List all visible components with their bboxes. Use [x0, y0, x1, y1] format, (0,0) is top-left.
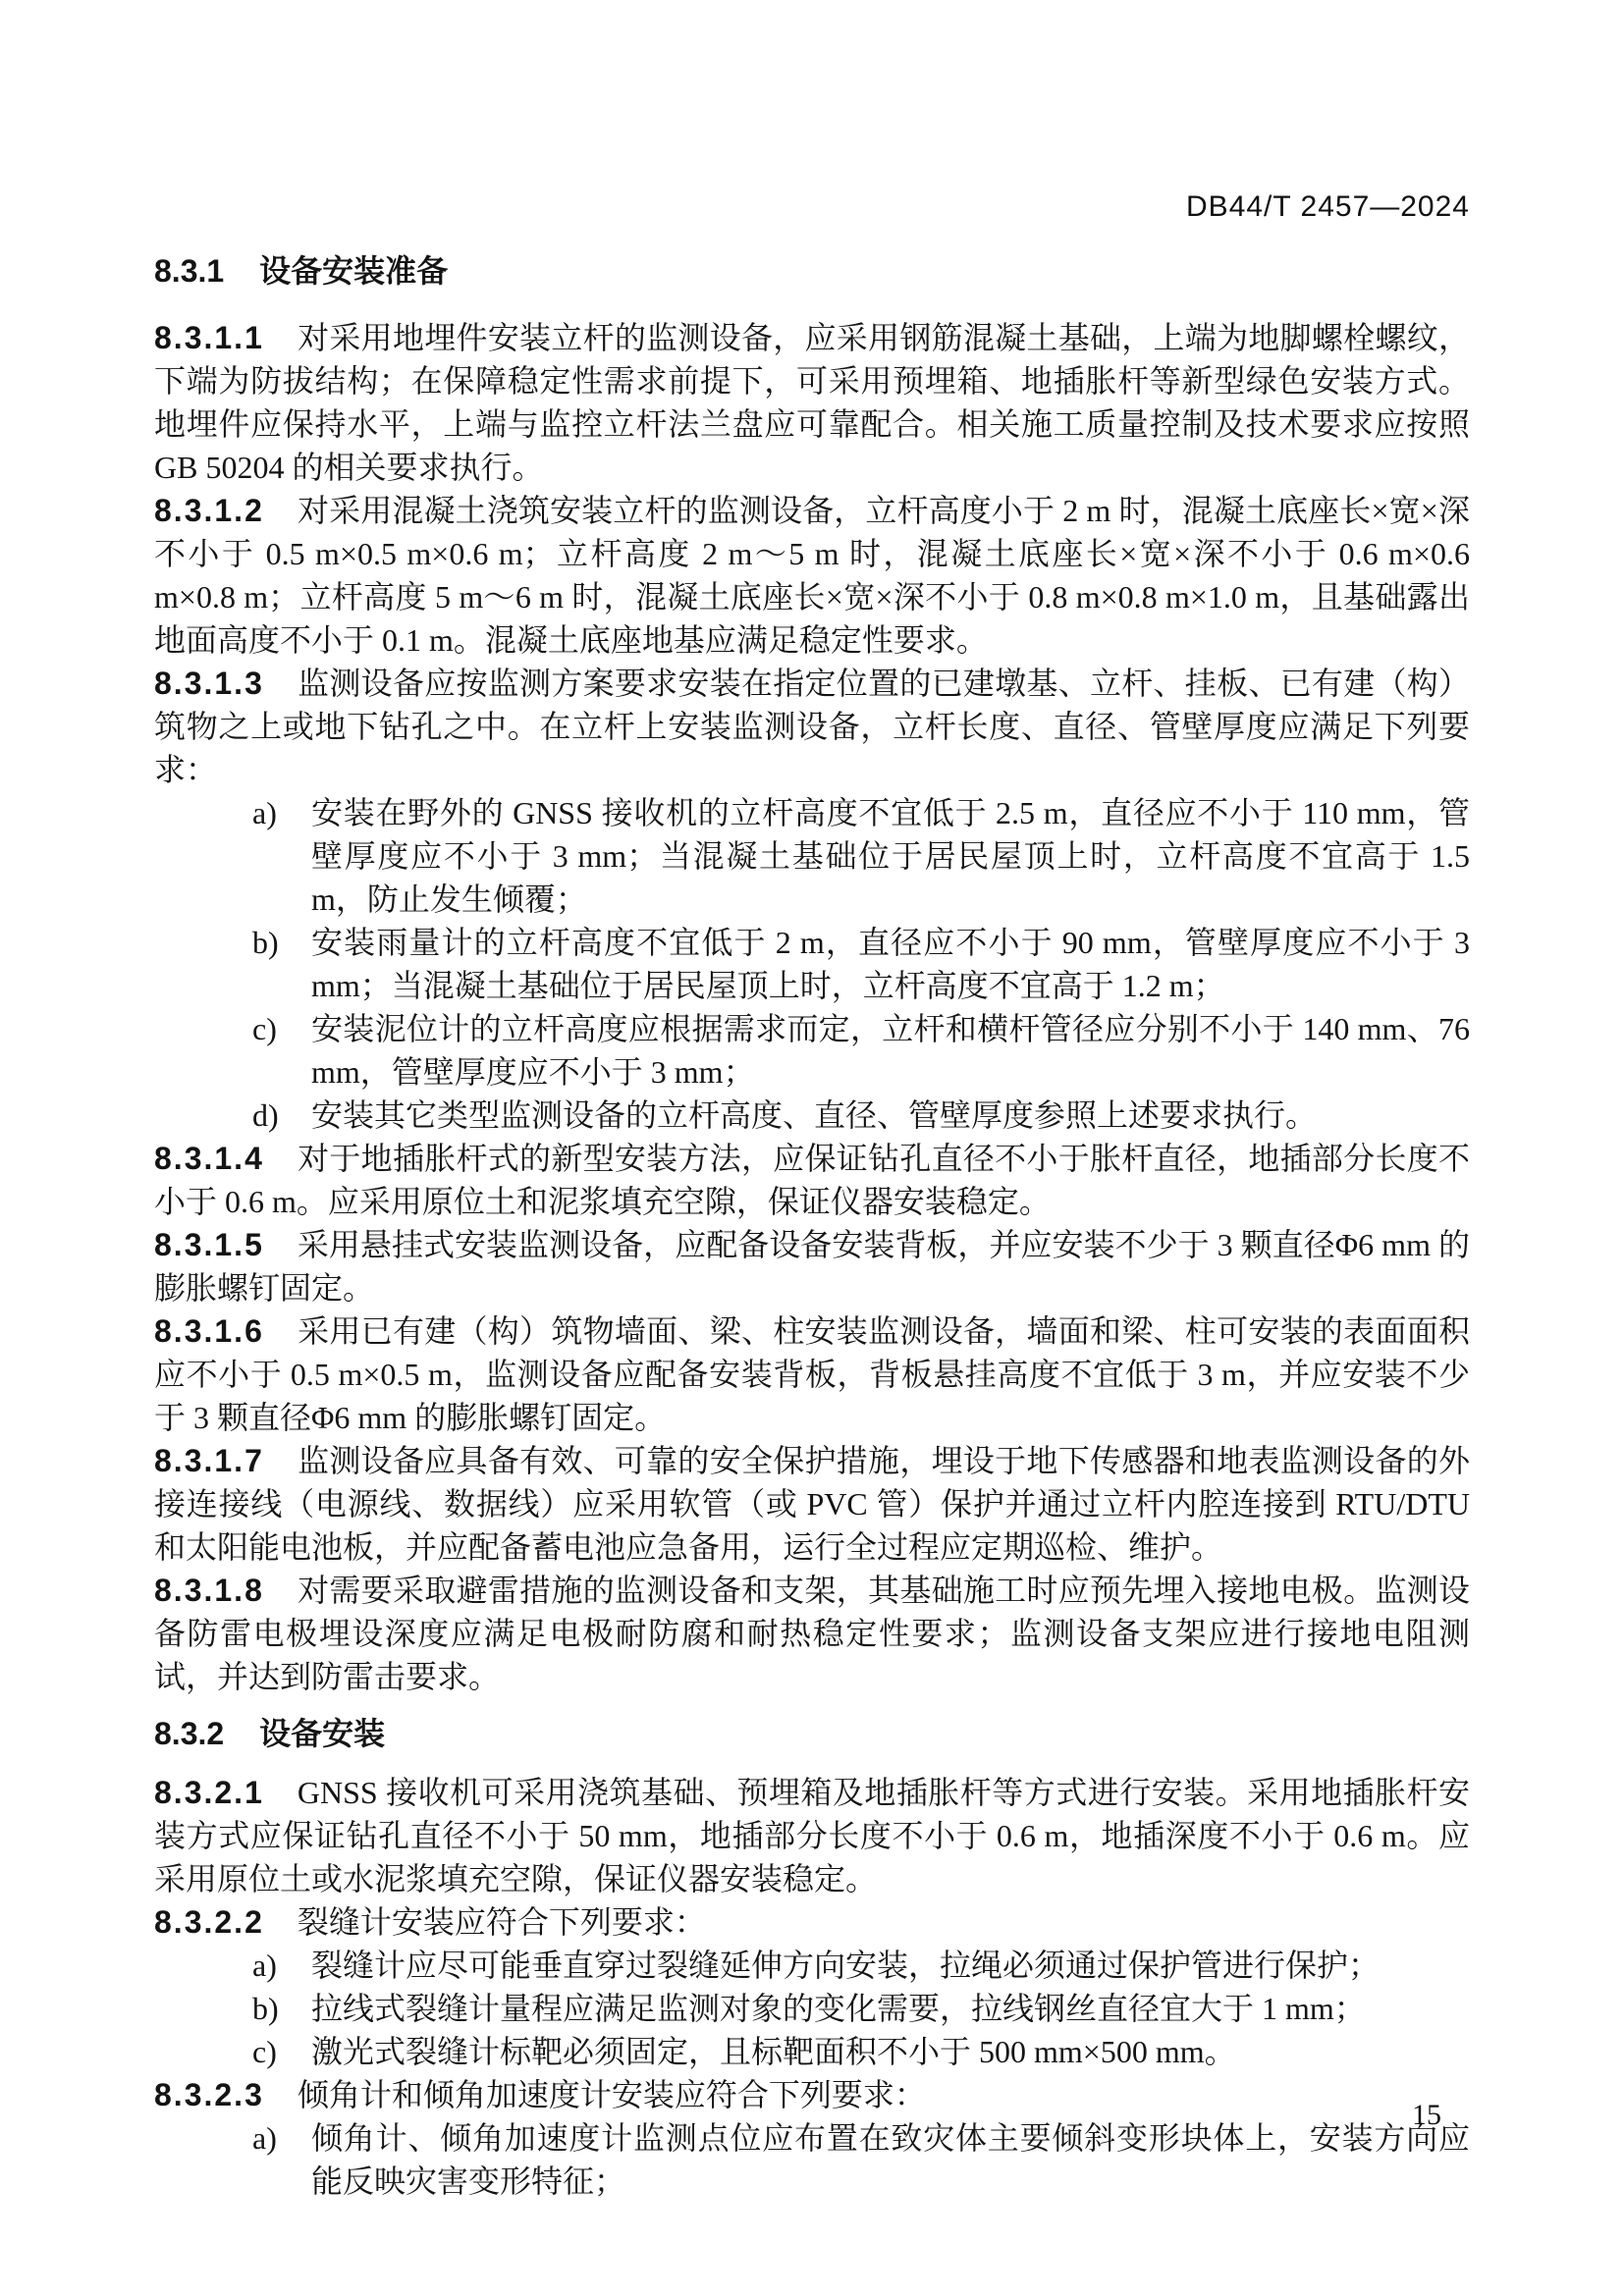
clause-number: 8.3.1.7 [154, 1443, 264, 1478]
list-item: c)安装泥位计的立杆高度应根据需求而定，立杆和横杆管径应分别不小于 140 mm… [154, 1007, 1470, 1094]
clause-paragraph: 8.3.2.2裂缝计安装应符合下列要求： [154, 1900, 1470, 1944]
clause-paragraph: 8.3.1.5采用悬挂式安装监测设备，应配备设备安装背板，并应安装不少于 3 颗… [154, 1223, 1470, 1309]
list-item-text: 拉线式裂缝计量程应满足监测对象的变化需要，拉线钢丝直径宜大于 1 mm； [311, 1991, 1366, 2026]
clause-paragraph: 8.3.1.7监测设备应具备有效、可靠的安全保护措施，埋设于地下传感器和地表监测… [154, 1439, 1470, 1569]
clause-text: 倾角计和倾角加速度计安装应符合下列要求： [298, 2077, 926, 2112]
list-item: a)安装在野外的 GNSS 接收机的立杆高度不宜低于 2.5 m，直径应不小于 … [154, 791, 1470, 921]
section-heading: 8.3.2设备安装 [154, 1712, 1470, 1755]
clause-number: 8.3.2.1 [154, 1775, 264, 1810]
list-item-text: 裂缝计应尽可能垂直穿过裂缝延伸方向安装，拉绳必须通过保护管进行保护； [311, 1948, 1380, 1983]
doc-number: DB44/T 2457—2024 [1186, 190, 1470, 224]
list-marker: a) [252, 1944, 277, 1987]
clause-text: 对需要采取避雷措施的监测设备和支架，其基础施工时应预先埋入接地电极。监测设备防雷… [154, 1573, 1470, 1694]
clause-number: 8.3.1.1 [154, 320, 264, 355]
page-number: 15 [1412, 2099, 1441, 2132]
list-item: b)安装雨量计的立杆高度不宜低于 2 m，直径应不小于 90 mm，管壁厚度应不… [154, 921, 1470, 1007]
list-item: a)倾角计、倾角加速度计监测点位应布置在致灾体主要倾斜变形块体上，安装方向应能反… [154, 2116, 1470, 2203]
document-page: DB44/T 2457—2024 8.3.1设备安装准备 8.3.1.1对采用地… [0, 0, 1624, 2296]
list-item: d)安装其它类型监测设备的立杆高度、直径、管壁厚度参照上述要求执行。 [154, 1094, 1470, 1137]
clause-text: 对于地插胀杆式的新型安装方法，应保证钻孔直径不小于胀杆直径，地插部分长度不小于 … [154, 1141, 1470, 1219]
list-marker: c) [252, 2030, 277, 2073]
list-marker: b) [252, 1987, 279, 2030]
list-item-text: 安装在野外的 GNSS 接收机的立杆高度不宜低于 2.5 m，直径应不小于 11… [311, 795, 1470, 917]
document-body: 8.3.1设备安装准备 8.3.1.1对采用地埋件安装立杆的监测设备，应采用钢筋… [154, 243, 1470, 2203]
clause-paragraph: 8.3.1.6采用已有建（构）筑物墙面、梁、柱安装监测设备，墙面和梁、柱可安装的… [154, 1309, 1470, 1439]
section-title: 设备安装 [259, 1716, 385, 1751]
clause-number: 8.3.1.3 [154, 666, 264, 701]
section-number: 8.3.1 [154, 253, 224, 289]
clause-number: 8.3.1.2 [154, 493, 264, 528]
clause-text: 采用已有建（构）筑物墙面、梁、柱安装监测设备，墙面和梁、柱可安装的表面面积应不小… [154, 1313, 1470, 1435]
clause-text: GNSS 接收机可采用浇筑基础、预埋箱及地插胀杆等方式进行安装。采用地插胀杆安装… [154, 1775, 1470, 1896]
clause-text: 对采用地埋件安装立杆的监测设备，应采用钢筋混凝土基础，上端为地脚螺栓螺纹，下端为… [154, 320, 1470, 485]
clause-number: 8.3.1.5 [154, 1227, 264, 1262]
clause-number: 8.3.2.2 [154, 1904, 264, 1940]
list-item-text: 倾角计、倾角加速度计监测点位应布置在致灾体主要倾斜变形块体上，安装方向应能反映灾… [311, 2120, 1470, 2199]
section-number: 8.3.2 [154, 1716, 224, 1751]
list-item: c)激光式裂缝计标靶必须固定，且标靶面积不小于 500 mm×500 mm。 [154, 2030, 1470, 2073]
clause-text: 采用悬挂式安装监测设备，应配备设备安装背板，并应安装不少于 3 颗直径Φ6 mm… [154, 1227, 1470, 1306]
clause-text: 对采用混凝土浇筑安装立杆的监测设备，立杆高度小于 2 m 时，混凝土底座长×宽×… [154, 493, 1470, 658]
clause-paragraph: 8.3.1.3监测设备应按监测方案要求安装在指定位置的已建墩基、立杆、挂板、已有… [154, 662, 1470, 791]
list-item-text: 安装其它类型监测设备的立杆高度、直径、管壁厚度参照上述要求执行。 [311, 1097, 1317, 1133]
list-item-text: 安装泥位计的立杆高度应根据需求而定，立杆和横杆管径应分别不小于 140 mm、7… [311, 1011, 1470, 1090]
clause-number: 8.3.1.8 [154, 1573, 264, 1608]
clause-text: 监测设备应具备有效、可靠的安全保护措施，埋设于地下传感器和地表监测设备的外接连接… [154, 1443, 1470, 1565]
clause-number: 8.3.1.6 [154, 1313, 264, 1349]
list-item-text: 激光式裂缝计标靶必须固定，且标靶面积不小于 500 mm×500 mm。 [311, 2034, 1236, 2069]
clause-text: 裂缝计安装应符合下列要求： [298, 1904, 706, 1940]
list-marker: a) [252, 2116, 277, 2160]
section-title: 设备安装准备 [259, 253, 448, 289]
list-marker: c) [252, 1007, 277, 1050]
clause-paragraph: 8.3.1.4对于地插胀杆式的新型安装方法，应保证钻孔直径不小于胀杆直径，地插部… [154, 1137, 1470, 1223]
clause-text: 监测设备应按监测方案要求安装在指定位置的已建墩基、立杆、挂板、已有建（构）筑物之… [154, 666, 1470, 787]
section-heading: 8.3.1设备安装准备 [154, 249, 1470, 293]
list-marker: a) [252, 791, 277, 834]
list-item: b)拉线式裂缝计量程应满足监测对象的变化需要，拉线钢丝直径宜大于 1 mm； [154, 1987, 1470, 2030]
list-item-text: 安装雨量计的立杆高度不宜低于 2 m，直径应不小于 90 mm，管壁厚度应不小于… [311, 925, 1470, 1003]
clause-number: 8.3.1.4 [154, 1141, 264, 1176]
clause-paragraph: 8.3.2.3倾角计和倾角加速度计安装应符合下列要求： [154, 2073, 1470, 2116]
list-item: a)裂缝计应尽可能垂直穿过裂缝延伸方向安装，拉绳必须通过保护管进行保护； [154, 1944, 1470, 1987]
clause-paragraph: 8.3.1.1对采用地埋件安装立杆的监测设备，应采用钢筋混凝土基础，上端为地脚螺… [154, 316, 1470, 489]
list-marker: d) [252, 1094, 279, 1137]
clause-number: 8.3.2.3 [154, 2077, 264, 2112]
clause-paragraph: 8.3.2.1GNSS 接收机可采用浇筑基础、预埋箱及地插胀杆等方式进行安装。采… [154, 1771, 1470, 1900]
clause-paragraph: 8.3.1.8对需要采取避雷措施的监测设备和支架，其基础施工时应预先埋入接地电极… [154, 1569, 1470, 1698]
clause-paragraph: 8.3.1.2对采用混凝土浇筑安装立杆的监测设备，立杆高度小于 2 m 时，混凝… [154, 489, 1470, 662]
list-marker: b) [252, 921, 279, 964]
